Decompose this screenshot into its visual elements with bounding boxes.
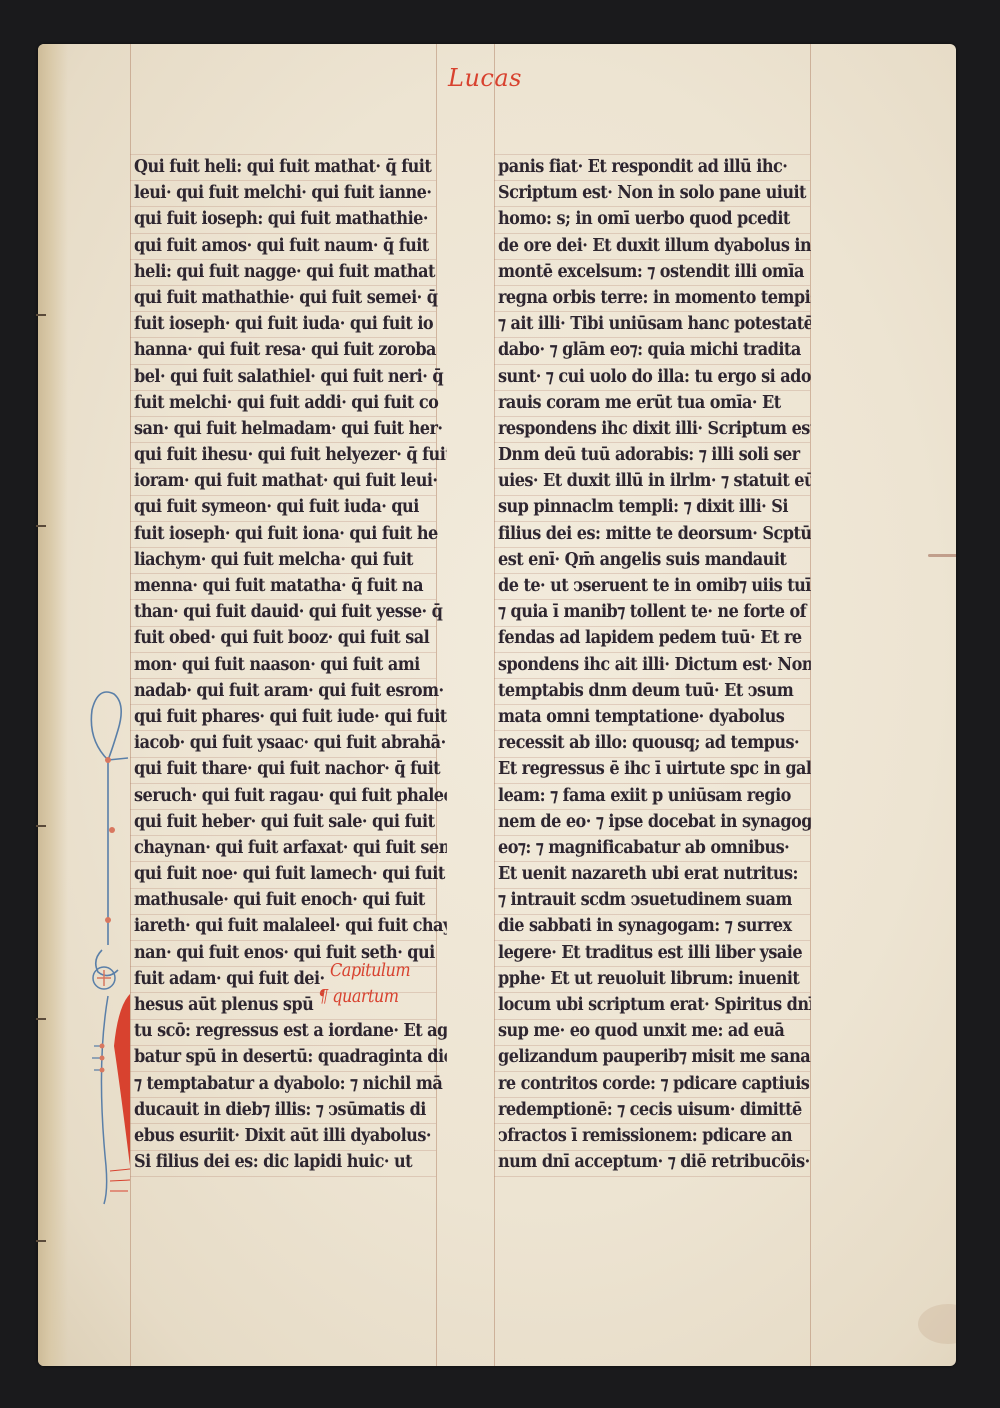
ruling-line [130, 285, 436, 286]
stitch-mark [36, 314, 46, 316]
text-line: respondens ihc dixit illi· Scriptum est· [498, 416, 811, 442]
ruling-line [130, 1045, 436, 1046]
ruling-line [494, 573, 810, 574]
text-line: qui fuit heber· qui fuit sale· qui fuit [134, 809, 447, 835]
text-line: rauis coram me erūt tua omīa· Et [498, 390, 811, 416]
text-line: die sabbati in synagogam: ⁊ surrex [498, 913, 811, 939]
text-line: Dnm deū tuū adorabis: ⁊ illi soli ser [498, 442, 811, 468]
text-line: ↄfractos ī remissionem: pdicare an [498, 1123, 811, 1149]
decorated-initial-icon [84, 966, 132, 1206]
margin-tear [928, 554, 956, 557]
ruling-line [494, 940, 810, 941]
ruling-line [494, 1123, 810, 1124]
ruling-line [130, 573, 436, 574]
text-line: ⁊ temptabatur a dyabolo: ⁊ nichil mā [134, 1071, 447, 1097]
ruling-line [130, 259, 436, 260]
text-line: ⁊ ait illi· Tibi uniūsam hanc potestatē [498, 311, 811, 337]
text-line: leui· qui fuit melchi· qui fuit ianne· [134, 180, 447, 206]
ruling-line [130, 809, 436, 810]
text-line: homo: s; in omī uerbo quod pcedit [498, 206, 811, 232]
ruling-line [494, 835, 810, 836]
text-line: iacob· qui fuit ysaac· qui fuit abrahā· [134, 730, 447, 756]
text-line: redemptionē: ⁊ cecis uisum· dimittē [498, 1097, 811, 1123]
text-line: regna orbis terre: in momento tempis· [498, 285, 811, 311]
text-line: est enī· Qm̄ angelis suis mandauit [498, 547, 811, 573]
text-line: mon· qui fuit naason· qui fuit ami [134, 652, 447, 678]
ruling-line [130, 940, 436, 941]
ruling-line [130, 206, 436, 207]
ruling-line [494, 311, 810, 312]
text-line: menna· qui fuit matatha· q̄ fuit na [134, 573, 447, 599]
text-line: nadab· qui fuit aram· qui fuit esrom· [134, 678, 447, 704]
ruling-line [494, 1097, 810, 1098]
text-line: Qui fuit heli: qui fuit mathat· q̄ fuit [134, 154, 447, 180]
text-line: de te· ut ↄseruent te in omib⁊ uiis tuīs… [498, 573, 811, 599]
ruling-line [130, 1150, 436, 1151]
ruling-line [494, 206, 810, 207]
ruling-line [494, 1019, 810, 1020]
ruling-line [130, 704, 436, 705]
ruling-line [494, 180, 810, 181]
ruling-line [130, 678, 436, 679]
ruling-line [494, 1150, 810, 1151]
ruling-line [494, 547, 810, 548]
text-line: re contritos corde: ⁊ pdicare captiuis [498, 1071, 811, 1097]
ruling-line [130, 1123, 436, 1124]
ruling-line [494, 364, 810, 365]
text-line: filius dei es: mitte te deorsum· Scptū [498, 521, 811, 547]
text-line: legere· Et traditus est illi liber ysaie [498, 940, 811, 966]
ruling-line [494, 1045, 810, 1046]
text-line: chaynan· qui fuit arfaxat· qui fuit sem· [134, 835, 447, 861]
edge-stain [38, 44, 68, 1366]
ruling-line [130, 966, 436, 967]
text-line: batur spū in desertū: quadraginta dieb· [134, 1044, 447, 1070]
ruling-line [494, 259, 810, 260]
text-line: qui fuit phares· qui fuit iude· qui fuit [134, 704, 447, 730]
text-line: Et regressus ē ihc ī uirtute spc in galy [498, 756, 811, 782]
ruling-line [494, 704, 810, 705]
text-line: sunt· ⁊ cui uolo do illa: tu ergo si ado [498, 364, 811, 390]
ruling-line [494, 861, 810, 862]
text-line: fuit obed· qui fuit booz· qui fuit sal [134, 625, 447, 651]
ruling-line [130, 442, 436, 443]
ruling-line [130, 992, 436, 993]
text-line: qui fuit thare· qui fuit nachor· q̄ fuit [134, 756, 447, 782]
ruling-line [494, 233, 810, 234]
text-line: tu scō: regressus est a iordane· Et age [134, 1018, 447, 1044]
ruling-line [130, 233, 436, 234]
ruling-line [130, 861, 436, 862]
ruling-line [130, 730, 436, 731]
ruling-line [130, 626, 436, 627]
stitch-mark [36, 525, 46, 527]
ruling-line [130, 416, 436, 417]
ruling-line [494, 495, 810, 496]
text-line: qui fuit symeon· qui fuit iuda· qui [134, 494, 447, 520]
text-line: recessit ab illo: quousq; ad tempus· [498, 730, 811, 756]
ruling-line [130, 914, 436, 915]
ruling-line [130, 599, 436, 600]
text-line: mathusale· qui fuit enoch· qui fuit [134, 887, 447, 913]
ruling-line [130, 757, 436, 758]
ruling-line [494, 337, 810, 338]
ruling-line [130, 468, 436, 469]
ruling-line [130, 547, 436, 548]
text-line: ducauit in dieb⁊ illis: ⁊ ↄsūmatis di [134, 1097, 447, 1123]
ruling-line [494, 416, 810, 417]
text-line: Et uenit nazareth ubi erat nutritus: [498, 861, 811, 887]
text-line: san· qui fuit helmadam· qui fuit her· [134, 416, 447, 442]
text-line: qui fuit mathathie· qui fuit semei· q̄ [134, 285, 447, 311]
rubric-quartum: ¶ quartum [318, 984, 438, 1010]
ruling-line [494, 626, 810, 627]
ruling-line [130, 835, 436, 836]
text-line: panis fiat· Et respondit ad illū ihc· [498, 154, 811, 180]
text-line: de ore dei· Et duxit illum dyabolus in [498, 233, 811, 259]
rubric-capitulum: Capitulum [330, 958, 440, 984]
text-line: fendas ad lapidem pedem tuū· Et re [498, 625, 811, 651]
ruling-line [494, 914, 810, 915]
text-line: locum ubi scriptum erat· Spiritus dnī [498, 992, 811, 1018]
ruling-line [494, 730, 810, 731]
text-line: seruch· qui fuit ragau· qui fuit phalech… [134, 783, 447, 809]
stitch-mark [36, 1018, 46, 1020]
text-line: uies· Et duxit illū in ilrlm· ⁊ statuit … [498, 468, 811, 494]
penwork-flourish-icon [78, 680, 138, 980]
ruling-line [130, 888, 436, 889]
text-line: montē excelsum: ⁊ ostendit illi omīa [498, 259, 811, 285]
ruling-line [130, 311, 436, 312]
stitch-mark [36, 825, 46, 827]
text-line: leam: ⁊ fama exiit p uniūsam regio [498, 783, 811, 809]
text-line: ebus esuriit· Dixit aūt illi dyabolus· [134, 1123, 447, 1149]
ruling-line [494, 888, 810, 889]
text-line: temptabis dnm deum tuū· Et ↄsum [498, 678, 811, 704]
text-line: sup pinnaclm templi: ⁊ dixit illi· Si [498, 494, 811, 520]
ruling-line [494, 757, 810, 758]
ruling-line [130, 1071, 436, 1072]
text-line: liachym· qui fuit melcha· qui fuit [134, 547, 447, 573]
text-line: Scriptum est· Non in solo pane uiuit [498, 180, 811, 206]
text-line: bel· qui fuit salathiel· qui fuit neri· … [134, 364, 447, 390]
running-head: Lucas [448, 64, 548, 92]
text-line: num dnī acceptum· ⁊ diē retribucōis· [498, 1149, 811, 1175]
ruling-line [130, 154, 436, 155]
ruling-line [494, 599, 810, 600]
ruling-line [494, 678, 810, 679]
text-line: fuit melchi· qui fuit addi· qui fuit co [134, 390, 447, 416]
text-line: dabo· ⁊ glām eo⁊: quia michi tradita [498, 337, 811, 363]
ruling-line [494, 809, 810, 810]
ruling-line [130, 390, 436, 391]
ruling-line [130, 521, 436, 522]
ruling-line [494, 521, 810, 522]
ruling-line [494, 992, 810, 993]
ruling-line [130, 180, 436, 181]
ruling-line [494, 442, 810, 443]
text-line: fuit ioseph· qui fuit iona· qui fuit he [134, 521, 447, 547]
text-line: heli: qui fuit nagge· qui fuit mathat [134, 259, 447, 285]
text-line: mata omni temptatione· dyabolus [498, 704, 811, 730]
ruling-line [494, 652, 810, 653]
ruling-line [494, 390, 810, 391]
text-line: qui fuit amos· qui fuit naum· q̄ fuit [134, 233, 447, 259]
manuscript-folio: Lucas Qui fuit heli: qui fuit mathat· q̄… [38, 44, 956, 1366]
stitch-mark [36, 1240, 46, 1242]
ruling-line [130, 1019, 436, 1020]
ruling-line [494, 1176, 810, 1177]
ruling-line [130, 337, 436, 338]
text-line: pphe· Et ut reuoluit librum: inuenit [498, 966, 811, 992]
ruling-line [494, 1071, 810, 1072]
ruling-line [130, 783, 436, 784]
text-line: spondens ihc ait illi· Dictum est· Non [498, 652, 811, 678]
text-line: qui fuit ihesu· qui fuit helyezer· q̄ fu… [134, 442, 447, 468]
right-text-column: panis fiat· Et respondit ad illū ihc·Scr… [498, 154, 838, 1175]
text-line: gelizandum pauperib⁊ misit me sana [498, 1044, 811, 1070]
ruling-line [494, 468, 810, 469]
ruling-line [494, 783, 810, 784]
corner-stain [918, 1304, 956, 1344]
text-line: than· qui fuit dauid· qui fuit yesse· q̄ [134, 599, 447, 625]
text-line: qui fuit ioseph: qui fuit mathathie· [134, 206, 447, 232]
ruling-line [130, 495, 436, 496]
ruling-line [130, 364, 436, 365]
ruling-line [494, 966, 810, 967]
text-line: qui fuit noe· qui fuit lamech· qui fuit [134, 861, 447, 887]
left-text-column: Qui fuit heli: qui fuit mathat· q̄ fuitl… [134, 154, 474, 1175]
text-line: sup me· eo quod unxit me: ad euā [498, 1018, 811, 1044]
ruling-line [130, 1176, 436, 1177]
text-line: nem de eo· ⁊ ipse docebat in synagogis [498, 809, 811, 835]
text-line: fuit ioseph· qui fuit iuda· qui fuit io [134, 311, 447, 337]
ruling-line [130, 1097, 436, 1098]
text-line: ⁊ quia ī manib⁊ tollent te· ne forte of [498, 599, 811, 625]
text-line: eo⁊: ⁊ magnificabatur ab omnibus· [498, 835, 811, 861]
text-line: iareth· qui fuit malaleel· qui fuit chay [134, 913, 447, 939]
ruling-line [130, 652, 436, 653]
text-line: ⁊ intrauit scdm ↄsuetudinem suam [498, 887, 811, 913]
text-line: ioram· qui fuit mathat· qui fuit leui· [134, 468, 447, 494]
text-line: Si filius dei es: dic lapidi huic· ut [134, 1149, 447, 1175]
text-line: hanna· qui fuit resa· qui fuit zoroba [134, 337, 447, 363]
ruling-line [494, 285, 810, 286]
ruling-line [494, 154, 810, 155]
